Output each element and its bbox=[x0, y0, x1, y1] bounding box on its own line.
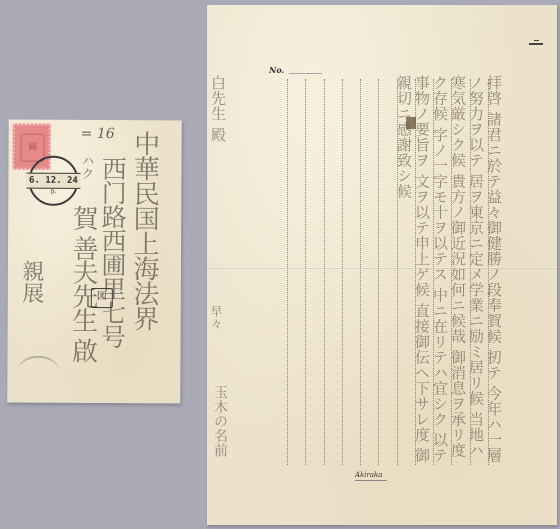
postmark: 6. 12. 24 0- bbox=[28, 156, 78, 206]
envelope: 圓 6. 12. 24 0- = 16 中華民国上海法界 西门路西圃里七号 賀 … bbox=[7, 120, 181, 404]
number-label: No. bbox=[269, 65, 284, 75]
letter-column: 居ヲ東京ニ定メ学業ニ励ミ居リ候 bbox=[467, 173, 485, 406]
letter-column: 拝啓 諸君ニ於テ益々御健勝ノ段奉賀候 bbox=[485, 75, 503, 344]
side-note: ハク bbox=[76, 154, 95, 180]
ink-blot bbox=[406, 117, 416, 129]
rule-line bbox=[378, 79, 379, 465]
rule-line bbox=[324, 79, 325, 465]
rule-line bbox=[342, 79, 343, 465]
envelope-number-annotation: = 16 bbox=[81, 126, 115, 142]
letter-column: 貴方ノ御近況如何ニ候哉 bbox=[449, 173, 467, 344]
recipient-name: 賀 善夫先生 啟 bbox=[64, 205, 102, 362]
number-line bbox=[289, 73, 322, 74]
letter-column: 中ニ在リテハ宜シク bbox=[431, 287, 449, 427]
letter-column: 字ノ一字モ十ヲ以テス bbox=[431, 127, 449, 282]
rule-line bbox=[305, 79, 306, 465]
letter-signature: 玉木の名前 bbox=[211, 385, 229, 458]
postmark-date: 6. 12. 24 bbox=[26, 173, 80, 189]
printed-footer: Akiraka bbox=[355, 471, 382, 479]
letter-column: 文ヲ以テ申上ゲ候 bbox=[413, 173, 431, 297]
letter-greeting: 白先生 殿 bbox=[209, 75, 227, 142]
letter-column: 直接御伝ヘ下サレ度 bbox=[413, 303, 431, 443]
fold-crease bbox=[207, 267, 557, 269]
rule-line bbox=[287, 79, 288, 465]
seal-stamp: 図 bbox=[91, 288, 113, 308]
letter-closing: 早々 bbox=[207, 305, 225, 330]
letter-body: 拝啓 諸君ニ於テ益々御健勝ノ段奉賀候 扨テ 今年ハ一層ノ努力ヲ以テ 居ヲ東京ニ定… bbox=[395, 75, 503, 465]
confidential-mark: 親展 bbox=[16, 260, 47, 304]
corner-mark-top bbox=[534, 40, 539, 41]
address-line-1: 中華民国上海法界 bbox=[126, 130, 164, 330]
letter-sheet: No. 拝啓 諸君ニ於テ益々御健勝ノ段奉賀候 扨テ 今年ハ一層ノ努力ヲ以テ 居ヲ… bbox=[207, 5, 557, 525]
corner-mark bbox=[529, 43, 543, 45]
postmark-smudge bbox=[17, 356, 59, 388]
postmark-lower-text: 0- bbox=[30, 189, 76, 196]
rule-line bbox=[360, 79, 361, 465]
footer-line bbox=[355, 480, 387, 481]
